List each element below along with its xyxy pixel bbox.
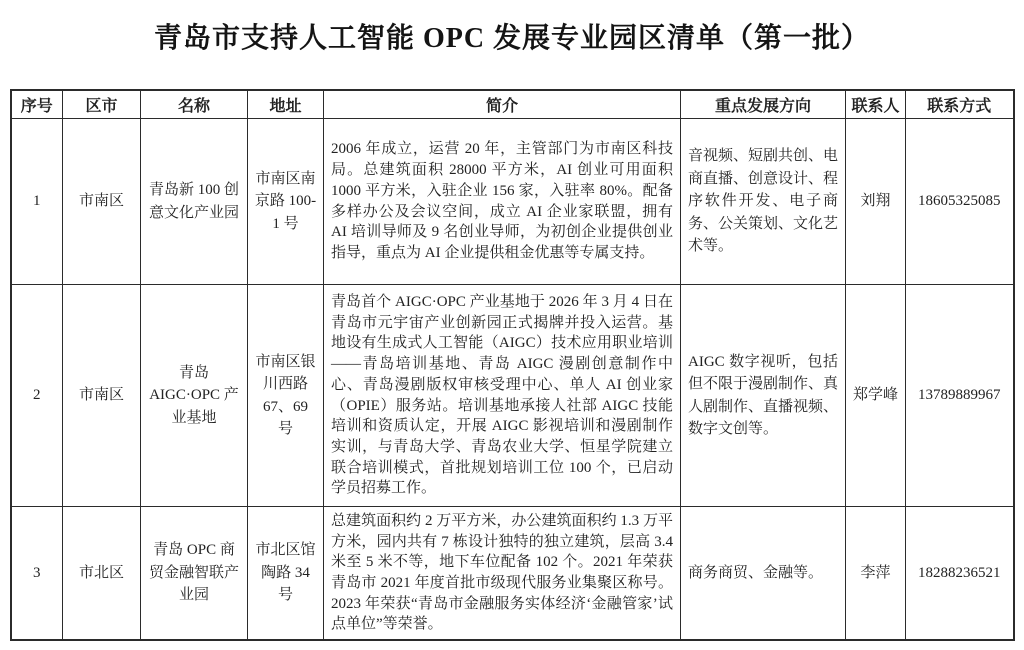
header-contact: 联系人: [846, 90, 906, 119]
cell-address: 市南区南京路 100-1 号: [248, 119, 324, 285]
cell-seq: 1: [11, 119, 63, 285]
cell-focus: 商务商贸、金融等。: [681, 507, 846, 641]
cell-phone: 18605325085: [906, 119, 1014, 285]
cell-name: 青岛新 100 创意文化产业园: [141, 119, 248, 285]
cell-name: 青岛 OPC 商贸金融智联产业园: [141, 507, 248, 641]
header-focus: 重点发展方向: [681, 90, 846, 119]
cell-name: 青岛 AIGC·OPC 产业基地: [141, 285, 248, 507]
cell-address: 市南区银川西路 67、69 号: [248, 285, 324, 507]
header-phone: 联系方式: [906, 90, 1014, 119]
cell-address: 市北区馆陶路 34 号: [248, 507, 324, 641]
document-title: 青岛市支持人工智能 OPC 发展专业园区清单（第一批）: [0, 0, 1024, 56]
cell-phone: 18288236521: [906, 507, 1014, 641]
header-seq: 序号: [11, 90, 63, 119]
table-row: 3 市北区 青岛 OPC 商贸金融智联产业园 市北区馆陶路 34 号 总建筑面积…: [11, 507, 1014, 641]
table-header-row: 序号 区市 名称 地址 简介 重点发展方向 联系人 联系方式: [11, 90, 1014, 119]
table-row: 1 市南区 青岛新 100 创意文化产业园 市南区南京路 100-1 号 200…: [11, 119, 1014, 285]
cell-intro: 总建筑面积约 2 万平方米，办公建筑面积约 1.3 万平方米，园内共有 7 栋设…: [324, 507, 681, 641]
cell-district: 市南区: [63, 285, 141, 507]
header-intro: 简介: [324, 90, 681, 119]
cell-seq: 3: [11, 507, 63, 641]
table-row: 2 市南区 青岛 AIGC·OPC 产业基地 市南区银川西路 67、69 号 青…: [11, 285, 1014, 507]
cell-focus: AIGC 数字视听，包括但不限于漫剧制作、真人剧制作、直播视频、数字文创等。: [681, 285, 846, 507]
cell-phone: 13789889967: [906, 285, 1014, 507]
park-list-table: 序号 区市 名称 地址 简介 重点发展方向 联系人 联系方式 1 市南区 青岛新…: [10, 89, 1015, 641]
header-district: 区市: [63, 90, 141, 119]
cell-seq: 2: [11, 285, 63, 507]
header-name: 名称: [141, 90, 248, 119]
cell-intro: 2006 年成立，运营 20 年，主管部门为市南区科技局。总建筑面积 28000…: [324, 119, 681, 285]
cell-district: 市北区: [63, 507, 141, 641]
cell-contact: 李萍: [846, 507, 906, 641]
cell-contact: 郑学峰: [846, 285, 906, 507]
cell-intro: 青岛首个 AIGC·OPC 产业基地于 2026 年 3 月 4 日在青岛市元宇…: [324, 285, 681, 507]
header-address: 地址: [248, 90, 324, 119]
cell-district: 市南区: [63, 119, 141, 285]
cell-contact: 刘翔: [846, 119, 906, 285]
cell-focus: 音视频、短剧共创、电商直播、创意设计、程序软件开发、电子商务、公关策划、文化艺术…: [681, 119, 846, 285]
